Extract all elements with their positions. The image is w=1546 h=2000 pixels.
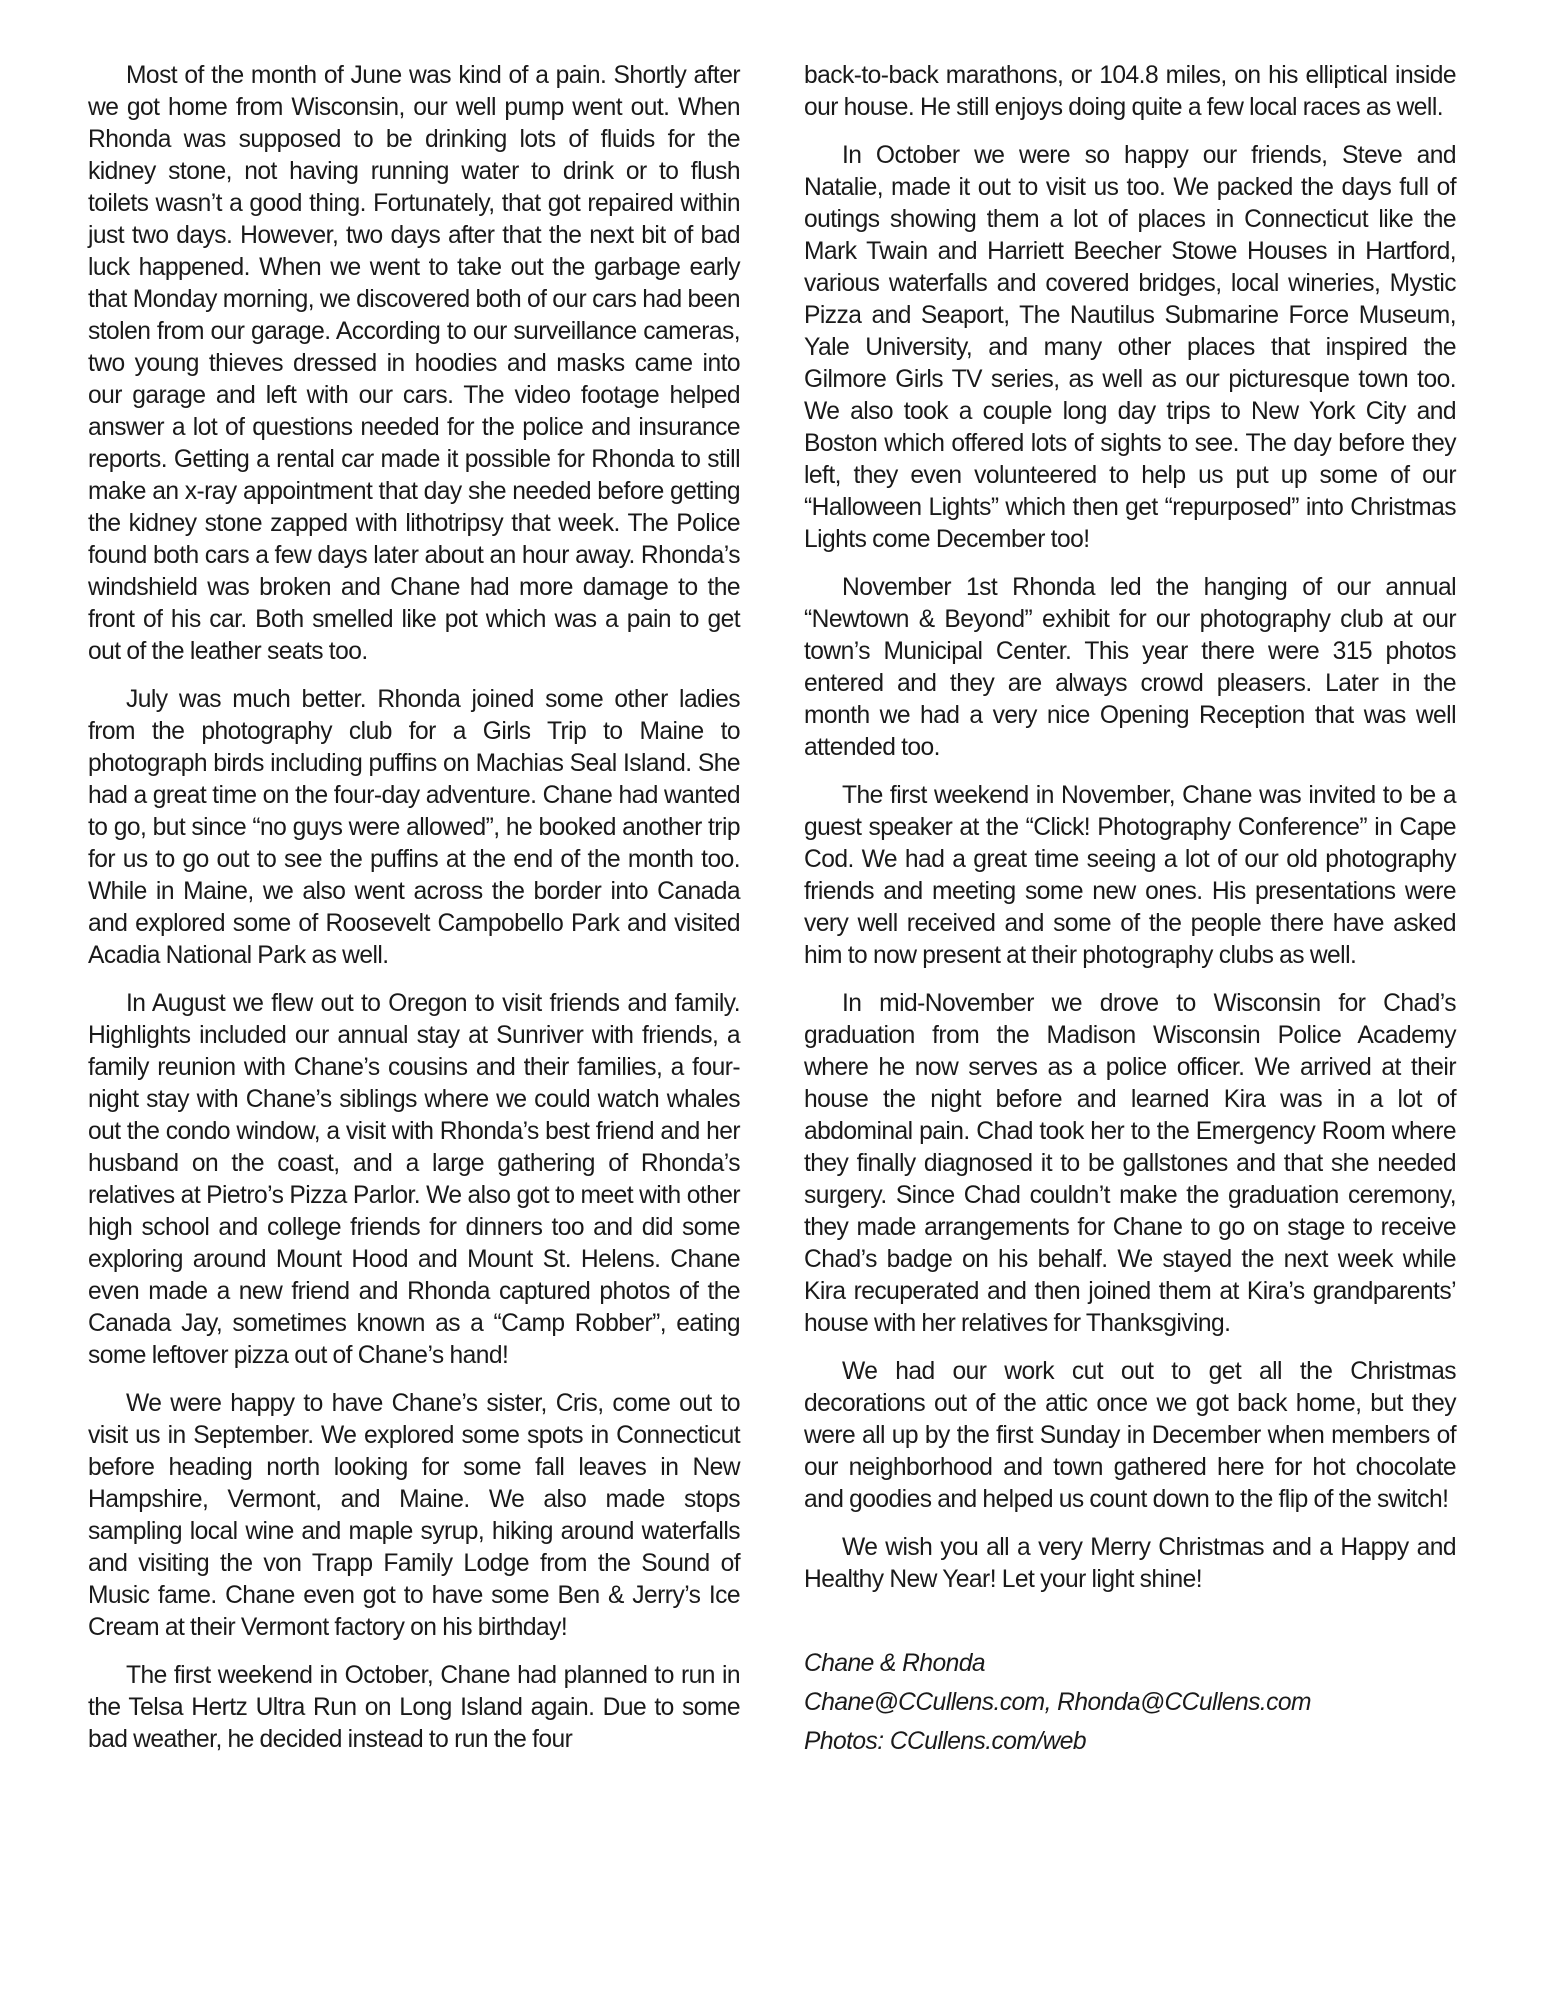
paragraph-october-visit: In October we were so happy our friends,… (804, 140, 1456, 556)
paragraph-november-exhibit: November 1st Rhonda led the hanging of o… (804, 572, 1456, 764)
paragraph-closing-wishes: We wish you all a very Merry Christmas a… (804, 1532, 1456, 1596)
signature-photos-link: Photos: CCullens.com/web (804, 1722, 1456, 1761)
left-column: Most of the month of June was kind of a … (88, 60, 740, 1772)
signature-emails: Chane@CCullens.com, Rhonda@CCullens.com (804, 1683, 1456, 1722)
paragraph-july: July was much better. Rhonda joined some… (88, 684, 740, 972)
letter-page: Most of the month of June was kind of a … (88, 60, 1456, 1772)
paragraph-october-run-continued: back-to-back marathons, or 104.8 miles, … (804, 60, 1456, 124)
paragraph-september: We were happy to have Chane’s sister, Cr… (88, 1388, 740, 1644)
paragraph-october-run: The first weekend in October, Chane had … (88, 1660, 740, 1756)
paragraph-mid-november: In mid-November we drove to Wisconsin fo… (804, 988, 1456, 1340)
signature-names: Chane & Rhonda (804, 1644, 1456, 1683)
paragraph-december: We had our work cut out to get all the C… (804, 1356, 1456, 1516)
signature-block: Chane & Rhonda Chane@CCullens.com, Rhond… (804, 1644, 1456, 1761)
paragraph-november-conference: The first weekend in November, Chane was… (804, 780, 1456, 972)
paragraph-june: Most of the month of June was kind of a … (88, 60, 740, 668)
right-column: back-to-back marathons, or 104.8 miles, … (804, 60, 1456, 1772)
paragraph-august: In August we flew out to Oregon to visit… (88, 988, 740, 1372)
